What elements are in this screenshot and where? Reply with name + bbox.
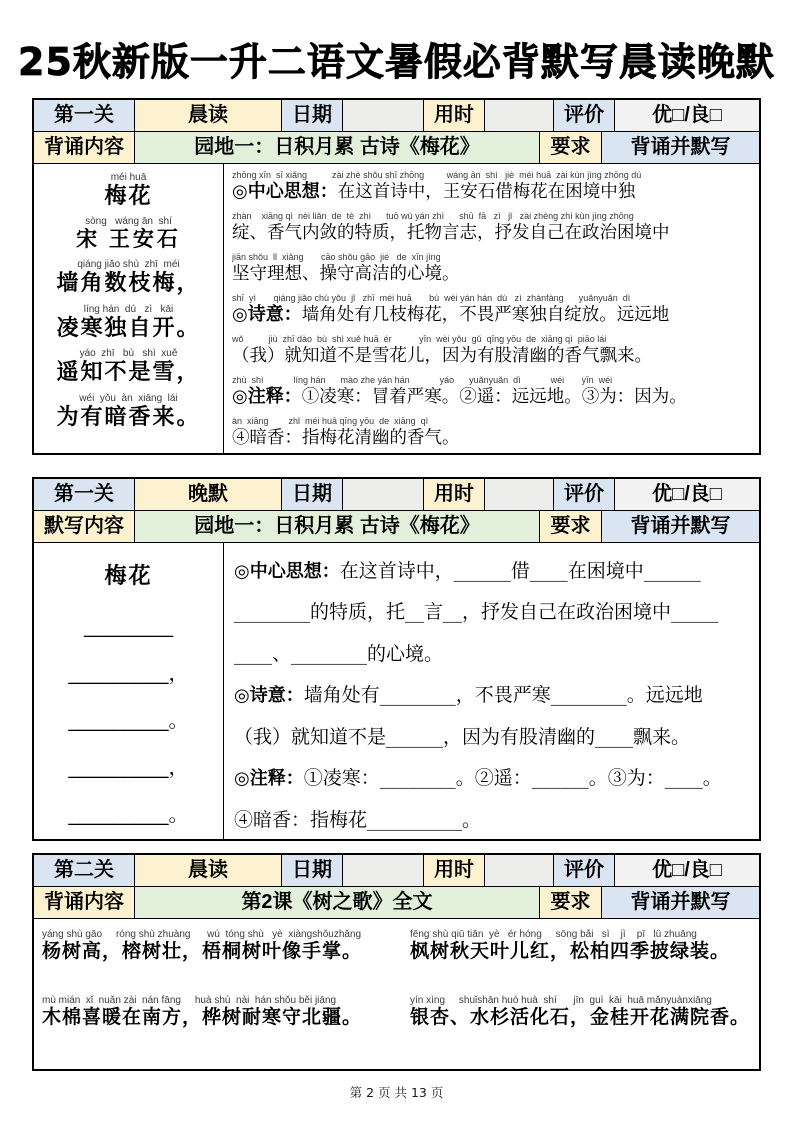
require-label: 要求 [539, 887, 601, 919]
date-label: 日期 [281, 479, 342, 511]
analysis-text: ④暗香：指梅花__________。 [234, 809, 481, 831]
time-label: 用时 [423, 479, 484, 511]
require-value: 背诵并默写 [601, 132, 759, 164]
analysis-blank-line: ____、________的心境。 [234, 634, 751, 676]
section1-content: méi huā 梅花 sòng wáng ān shí 宋 王安石 qiáng … [34, 164, 759, 453]
section3-content: yáng shù gāo róng shù zhuàng wú tóng shù… [34, 919, 759, 1069]
analysis-label: ◎注释： [232, 386, 302, 407]
analysis-text: 在这首诗中，______借____在困境中______ [340, 560, 701, 582]
stage-cell: 第一关 [34, 479, 134, 511]
analysis-blank-line: ________的特质，托__言__，抒发自己在政治困境中_____ [234, 592, 751, 634]
header-row-2: 默写内容 园地一：日积月累 古诗《梅花》 要求 背诵并默写 [34, 511, 759, 543]
date-value-cell [342, 100, 423, 132]
require-value: 背诵并默写 [601, 887, 759, 919]
page-number: 第 2 页 共 13 页 [0, 1083, 793, 1101]
rating-checkboxes: 优□/良□ [614, 479, 759, 511]
poem-blank-line: ________ [84, 604, 173, 651]
poem-blank-line: _________， [68, 745, 188, 792]
poem-column: méi huā 梅花 sòng wáng ān shí 宋 王安石 qiáng … [34, 164, 224, 453]
analysis-label: ◎中心思想： [234, 561, 340, 582]
passage-right-block: fēng shù qiū tiān yè ér hóng sōng bǎi sì… [402, 929, 759, 1069]
analysis-text: ④暗香：指梅花清幽的香气。 [232, 428, 460, 448]
rating-checkboxes: 优□/良□ [614, 100, 759, 132]
poem-line: líng hán dú zì kāi 凌寒独自开。 [56, 304, 200, 341]
time-label: 用时 [423, 855, 484, 887]
analysis-line: zhàn xiāng qì nèi liǎn de tè zhì tuō wù … [232, 211, 751, 246]
poem-line: wéi yǒu àn xiāng lái 为有暗香来。 [56, 393, 200, 430]
section2-content: 梅花 ________ _________， _________。 ______… [34, 543, 759, 839]
analysis-line: zhōng xīn sī xiǎng zài zhè shǒu shī zhōn… [232, 170, 751, 205]
date-value-cell [342, 479, 423, 511]
mode-cell: 晨读 [134, 100, 281, 132]
time-value-cell [484, 479, 553, 511]
poem-blank-line: _________。 [68, 792, 188, 839]
poem-line: yáo zhī bù shì xuě 遥知不是雪， [56, 348, 200, 385]
passage-line: yín xìng shuǐshān huó huà shí jīn guì kā… [410, 995, 759, 1031]
time-value-cell [484, 855, 553, 887]
header-row-2: 背诵内容 园地一：日积月累 古诗《梅花》 要求 背诵并默写 [34, 132, 759, 164]
poem-author: sòng wáng ān shí 宋 王安石 [76, 216, 181, 252]
section-morning-reading-2: 第二关 晨读 日期 用时 评价 优□/良□ 背诵内容 第2课《树之歌》全文 要求… [32, 853, 761, 1071]
require-label: 要求 [539, 511, 601, 543]
poem-blank-line: _________。 [68, 698, 188, 745]
date-label: 日期 [281, 100, 342, 132]
analysis-text: 在这首诗中，王安石借梅花在困境中独 [338, 182, 636, 202]
analysis-blank-line: ④暗香：指梅花__________。 [234, 800, 751, 839]
content-type-label: 默写内容 [34, 511, 134, 543]
content-title: 园地一：日积月累 古诗《梅花》 [134, 132, 539, 164]
analysis-label: ◎注释： [234, 768, 304, 789]
passage-line: yáng shù gāo róng shù zhuàng wú tóng shù… [42, 929, 402, 965]
content-title: 第2课《树之歌》全文 [134, 887, 539, 919]
date-label: 日期 [281, 855, 342, 887]
passage-line: fēng shù qiū tiān yè ér hóng sōng bǎi sì… [410, 929, 759, 965]
analysis-text: ①凌寒：________。②遥：______。③为：____。 [304, 767, 722, 789]
rating-label: 评价 [553, 479, 614, 511]
analysis-label: ◎中心思想： [232, 181, 338, 202]
worksheet-page: 25秋新版一升二语文暑假必背默写晨读晚默 第一关 晨读 日期 用时 评价 优□/… [0, 0, 793, 1122]
header-row-2: 背诵内容 第2课《树之歌》全文 要求 背诵并默写 [34, 887, 759, 919]
analysis-text: 墙角处有几枝梅花，不畏严寒独自绽放。远远地 [302, 305, 670, 325]
require-value: 背诵并默写 [601, 511, 759, 543]
poem-blank-line: _________， [68, 651, 188, 698]
analysis-label: ◎诗意： [232, 304, 302, 325]
passage-line: mù mián xǐ nuǎn zài nán fāng huà shù nài… [42, 995, 402, 1031]
analysis-text: 坚守理想、操守高洁的心境。 [232, 264, 460, 284]
page-title: 25秋新版一升二语文暑假必背默写晨读晚默 [0, 42, 793, 84]
analysis-label: ◎诗意： [234, 685, 304, 706]
analysis-line: jiān shǒu lǐ xiǎng cāo shǒu gāo jié de x… [232, 252, 751, 287]
mode-cell: 晨读 [134, 855, 281, 887]
stage-cell: 第二关 [34, 855, 134, 887]
content-title: 园地一：日积月累 古诗《梅花》 [134, 511, 539, 543]
header-row-1: 第一关 晚默 日期 用时 评价 优□/良□ [34, 479, 759, 511]
analysis-text: （我）就知道不是雪花儿，因为有股清幽的香气飘来。 [232, 346, 652, 366]
require-label: 要求 [539, 132, 601, 164]
section-morning-reading-1: 第一关 晨读 日期 用时 评价 优□/良□ 背诵内容 园地一：日积月累 古诗《梅… [32, 98, 761, 455]
analysis-column: zhōng xīn sī xiǎng zài zhè shǒu shī zhōn… [224, 164, 759, 453]
stage-cell: 第一关 [34, 100, 134, 132]
analysis-line: àn xiāng zhǐ méi huā qīng yōu de xiāng q… [232, 416, 751, 451]
poem-title: méi huā 梅花 [104, 172, 152, 209]
time-label: 用时 [423, 100, 484, 132]
content-type-label: 背诵内容 [34, 887, 134, 919]
rating-label: 评价 [553, 855, 614, 887]
poem-title: 梅花 [104, 559, 152, 590]
poem-line: qiáng jiǎo shù zhī méi 墙角数枝梅， [56, 259, 200, 296]
section-evening-dictation-1: 第一关 晚默 日期 用时 评价 优□/良□ 默写内容 园地一：日积月累 古诗《梅… [32, 477, 761, 841]
time-value-cell [484, 100, 553, 132]
rating-label: 评价 [553, 100, 614, 132]
poem-blank-column: 梅花 ________ _________， _________。 ______… [34, 543, 224, 839]
analysis-line: zhù shì líng hán mào zhe yán hán yáo yuǎ… [232, 375, 751, 410]
passage-left-block: yáng shù gāo róng shù zhuàng wú tóng shù… [34, 929, 402, 1069]
analysis-blank-line: （我）就知道不是______，因为有股清幽的____飘来。 [234, 717, 751, 759]
analysis-text: 绽、香气内敛的特质，托物言志，抒发自己在政治困境中 [232, 223, 670, 243]
rating-checkboxes: 优□/良□ [614, 855, 759, 887]
analysis-blank-column: ◎中心思想：在这首诗中，______借____在困境中______ ______… [224, 543, 759, 839]
analysis-text: 墙角处有________，不畏严寒________。远远地 [304, 684, 703, 706]
analysis-line: wǒ jiù zhī dào bù shì xuě huā ér yīn wèi… [232, 334, 751, 369]
content-type-label: 背诵内容 [34, 132, 134, 164]
analysis-blank-line: ◎诗意：墙角处有________，不畏严寒________。远远地 [234, 675, 751, 717]
analysis-blank-line: ◎注释：①凌寒：________。②遥：______。③为：____。 [234, 758, 751, 800]
header-row-1: 第一关 晨读 日期 用时 评价 优□/良□ [34, 100, 759, 132]
analysis-line: shī yì qiáng jiǎo chù yǒu jǐ zhī méi huā… [232, 293, 751, 328]
analysis-text: ①凌寒：冒着严寒。②遥：远远地。③为：因为。 [302, 387, 687, 407]
analysis-blank-line: ◎中心思想：在这首诗中，______借____在困境中______ [234, 551, 751, 593]
header-row-1: 第二关 晨读 日期 用时 评价 优□/良□ [34, 855, 759, 887]
analysis-text: ____、________的心境。 [234, 643, 443, 665]
analysis-text: ________的特质，托__言__，抒发自己在政治困境中_____ [234, 601, 719, 623]
mode-cell: 晚默 [134, 479, 281, 511]
date-value-cell [342, 855, 423, 887]
analysis-text: （我）就知道不是______，因为有股清幽的____飘来。 [234, 726, 690, 748]
